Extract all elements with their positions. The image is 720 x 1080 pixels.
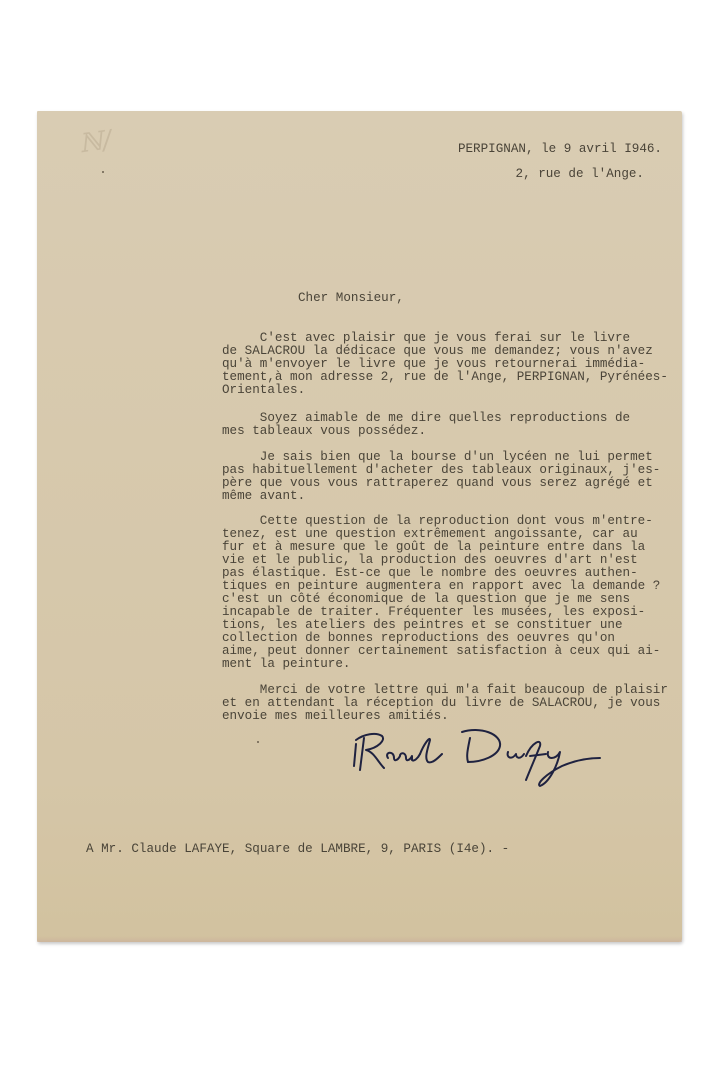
text-line: même avant. (222, 490, 305, 503)
place-date: PERPIGNAN, le 9 avril I946. (458, 143, 662, 156)
text-line: ment la peinture. (222, 658, 350, 671)
pencil-annotation-mark: ℕ/ (77, 125, 132, 172)
salutation: Cher Monsieur, (298, 292, 404, 305)
text-line: Orientales. (222, 384, 305, 397)
recipient-line: A Mr. Claude LAFAYE, Square de LAMBRE, 9… (86, 843, 509, 856)
text-line: mes tableaux vous possédez. (222, 425, 426, 438)
sender-address: 2, rue de l'Ange. (516, 168, 644, 181)
handwritten-signature (350, 722, 610, 792)
signature-scribble-icon (350, 722, 610, 792)
ink-speck (102, 171, 104, 173)
ink-speck (257, 741, 259, 743)
